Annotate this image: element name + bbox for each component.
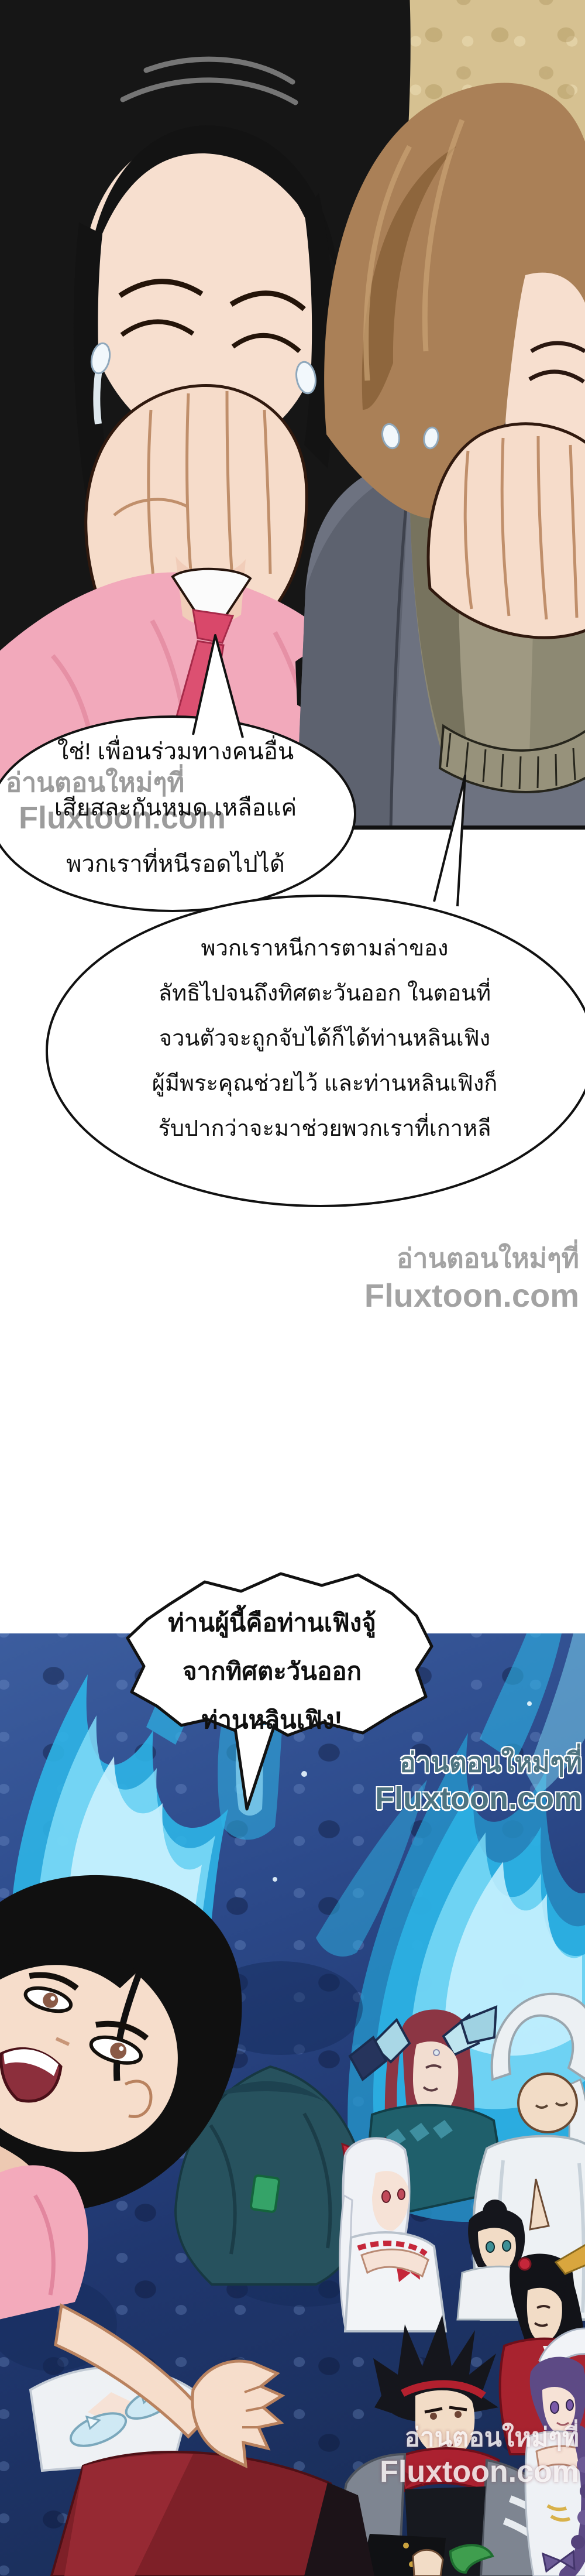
speech-line: ผู้มีพระคุณช่วยไว้ และท่านหลินเฟิงก็	[70, 1061, 579, 1107]
green-gem	[250, 2175, 280, 2212]
speech-bubble-3-text: ท่านผู้นี้คือท่านเฟิงจู้ จากทิศตะวันออก …	[126, 1598, 418, 1744]
open-hand	[192, 2361, 282, 2466]
watermark-fluxtoon: อ่านตอนใหม่ๆที่ Fluxtoon.com	[369, 2421, 579, 2489]
bald-head	[518, 2074, 577, 2132]
speech-line: ใช่! เพื่อนร่วมทางคนอื่น	[29, 724, 322, 780]
speech-line: จวนตัวจะถูกจับได้ก็ได้ท่านหลินเฟิง	[70, 1016, 579, 1061]
speech-line: พวกเราหนีการตามล่าของ	[70, 926, 579, 971]
ear	[125, 2081, 151, 2116]
maroon-cape	[51, 2452, 374, 2576]
watermark-url: Fluxtoon.com	[328, 1276, 579, 1315]
speech-line: รับปากว่าจะมาช่วยพวกเราที่เกาหลี	[70, 1107, 579, 1152]
speech-line: พวกเราที่หนีรอดไปได้	[29, 836, 322, 892]
speech-line: ลัทธิไปจนถึงทิศตะวันออก ในตอนที่	[70, 971, 579, 1016]
speech-bubble-2-text: พวกเราหนีการตามล่าของ ลัทธิไปจนถึงทิศตะว…	[70, 926, 579, 1152]
watermark-url: Fluxtoon.com	[351, 1780, 582, 1817]
pink-top	[0, 2165, 88, 2321]
watermark-url: Fluxtoon.com	[369, 2454, 579, 2489]
speech-line: ท่านหลินเฟิง!	[126, 1695, 418, 1744]
speech-line: จากทิศตะวันออก	[126, 1647, 418, 1695]
watermark-text: อ่านตอนใหม่ๆที่	[328, 1240, 579, 1276]
top-panel-art	[0, 0, 585, 830]
watermark-fluxtoon: อ่านตอนใหม่ๆที่ Fluxtoon.com	[351, 1745, 582, 1817]
watermark-text: อ่านตอนใหม่ๆที่	[351, 1745, 582, 1780]
top-panel	[0, 0, 585, 830]
speech-bubble-1-text: ใช่! เพื่อนร่วมทางคนอื่น เสียสละกันหมด เ…	[29, 724, 322, 892]
speech-line: เสียสละกันหมด เหลือแค่	[29, 780, 322, 836]
speech-line: ท่านผู้นี้คือท่านเฟิงจู้	[126, 1598, 418, 1647]
watermark-fluxtoon: อ่านตอนใหม่ๆที่ Fluxtoon.com	[328, 1240, 579, 1315]
webtoon-page: อ่านตอนใหม่ๆที่ Fluxtoon.com ใช่! เพื่อน…	[0, 0, 585, 2576]
watermark-text: อ่านตอนใหม่ๆที่	[369, 2421, 579, 2454]
